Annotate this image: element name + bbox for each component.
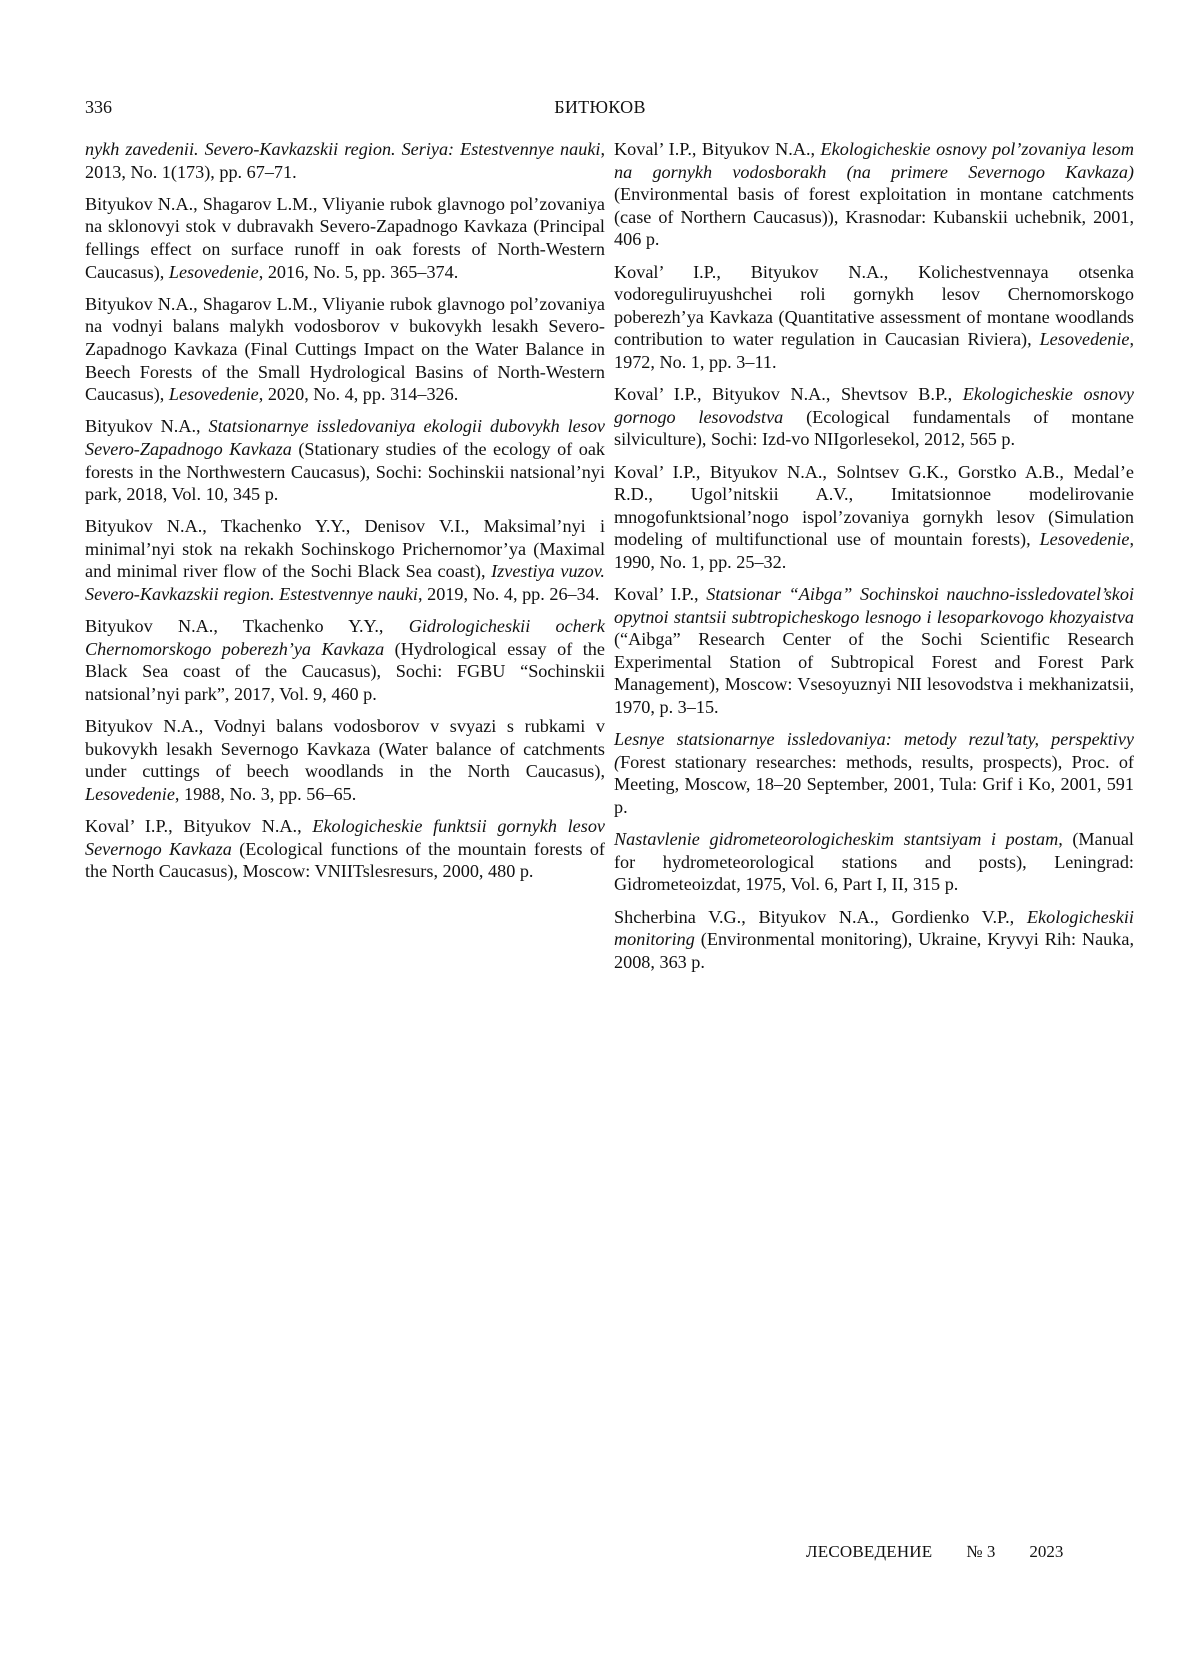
reference-title-italic: nykh zavedenii. Severo-Kavkazskii region… — [85, 139, 600, 159]
reference-text: Shcherbina V.G., Bityukov N.A., Gordienk… — [614, 907, 1027, 927]
issue-number: № 3 — [966, 1542, 995, 1562]
reference-title-italic: Lesovedenie — [85, 784, 175, 804]
references-right-column: Koval’ I.P., Bityukov N.A., Ekologichesk… — [614, 138, 1134, 983]
reference-text: , 2019, No. 4, pp. 26–34. — [418, 584, 599, 604]
reference-entry: Koval’ I.P., Bityukov N.A., Solntsev G.K… — [614, 461, 1134, 574]
references-left-column: nykh zavedenii. Severo-Kavkazskii region… — [85, 138, 605, 893]
reference-entry: Lesnye statsionarnye issledovaniya: meto… — [614, 728, 1134, 818]
reference-entry: Bityukov N.A., Tkachenko Y.Y., Gidrologi… — [85, 615, 605, 705]
reference-entry: Bityukov N.A., Shagarov L.M., Vliyanie r… — [85, 293, 605, 406]
reference-title-italic: Lesovedenie — [1040, 529, 1130, 549]
reference-entry: Koval’ I.P., Bityukov N.A., Ekologichesk… — [614, 138, 1134, 251]
reference-entry: Bityukov N.A., Tkachenko Y.Y., Denisov V… — [85, 515, 605, 605]
reference-entry: Koval’ I.P., Bityukov N.A., Ekologichesk… — [85, 815, 605, 883]
publication-year: 2023 — [1029, 1542, 1063, 1562]
page-footer: ЛЕСОВЕДЕНИЕ№ 32023 — [806, 1542, 1063, 1562]
journal-name: ЛЕСОВЕДЕНИЕ — [806, 1542, 932, 1562]
reference-entry: Koval’ I.P., Bityukov N.A., Shevtsov B.P… — [614, 383, 1134, 451]
reference-title-italic: Lesove­denie — [169, 384, 259, 404]
reference-title-italic: Lesovedenie — [1040, 329, 1130, 349]
reference-entry: Nastavlenie gidrometeorologicheskim stan… — [614, 828, 1134, 896]
reference-text: (Environmental basis of forest exploitat… — [614, 184, 1134, 249]
reference-entry: Shcherbina V.G., Bityukov N.A., Gordienk… — [614, 906, 1134, 974]
reference-text: Bityukov N.A., Tkachenko Y.Y., — [85, 616, 409, 636]
running-title: БИТЮКОВ — [0, 97, 1200, 118]
reference-text: Koval’ I.P., Bityukov N.A., — [85, 816, 312, 836]
reference-text: Forest stationary researches: methods, r… — [614, 752, 1134, 817]
reference-entry: nykh zavedenii. Severo-Kavkazskii region… — [85, 138, 605, 183]
reference-title-italic: Lesovedenie — [169, 262, 259, 282]
reference-entry: Bityukov N.A., Shagarov L.M., Vliyanie r… — [85, 193, 605, 283]
reference-entry: Koval’ I.P., Bityukov N.A., Kolichestven… — [614, 261, 1134, 374]
reference-text: (“Aibga” Research Center of the Sochi Sc… — [614, 629, 1134, 717]
reference-text: Koval’ I.P., Bityukov N.A., — [614, 139, 821, 159]
reference-entry: Bityukov N.A., Statsionarnye issledovani… — [85, 415, 605, 505]
reference-text: Bityukov N.A., Vodnyi balans vodosborov … — [85, 716, 605, 781]
reference-entry: Koval’ I.P., Statsionar “Aibga” Sochinsk… — [614, 583, 1134, 719]
reference-text: , 1988, No. 3, pp. 56–65. — [175, 784, 356, 804]
reference-text: Koval’ I.P., — [614, 584, 706, 604]
reference-title-italic: Nastavlenie gidrometeorologicheskim stan… — [614, 829, 1063, 849]
reference-text: , 2016, No. 5, pp. 365–374. — [259, 262, 459, 282]
reference-text: Koval’ I.P., Bityukov N.A., Shevtsov B.P… — [614, 384, 963, 404]
reference-entry: Bityukov N.A., Vodnyi balans vodosborov … — [85, 715, 605, 805]
reference-text: , 2020, No. 4, pp. 314–326. — [259, 384, 459, 404]
reference-text: Bityukov N.A., — [85, 416, 209, 436]
